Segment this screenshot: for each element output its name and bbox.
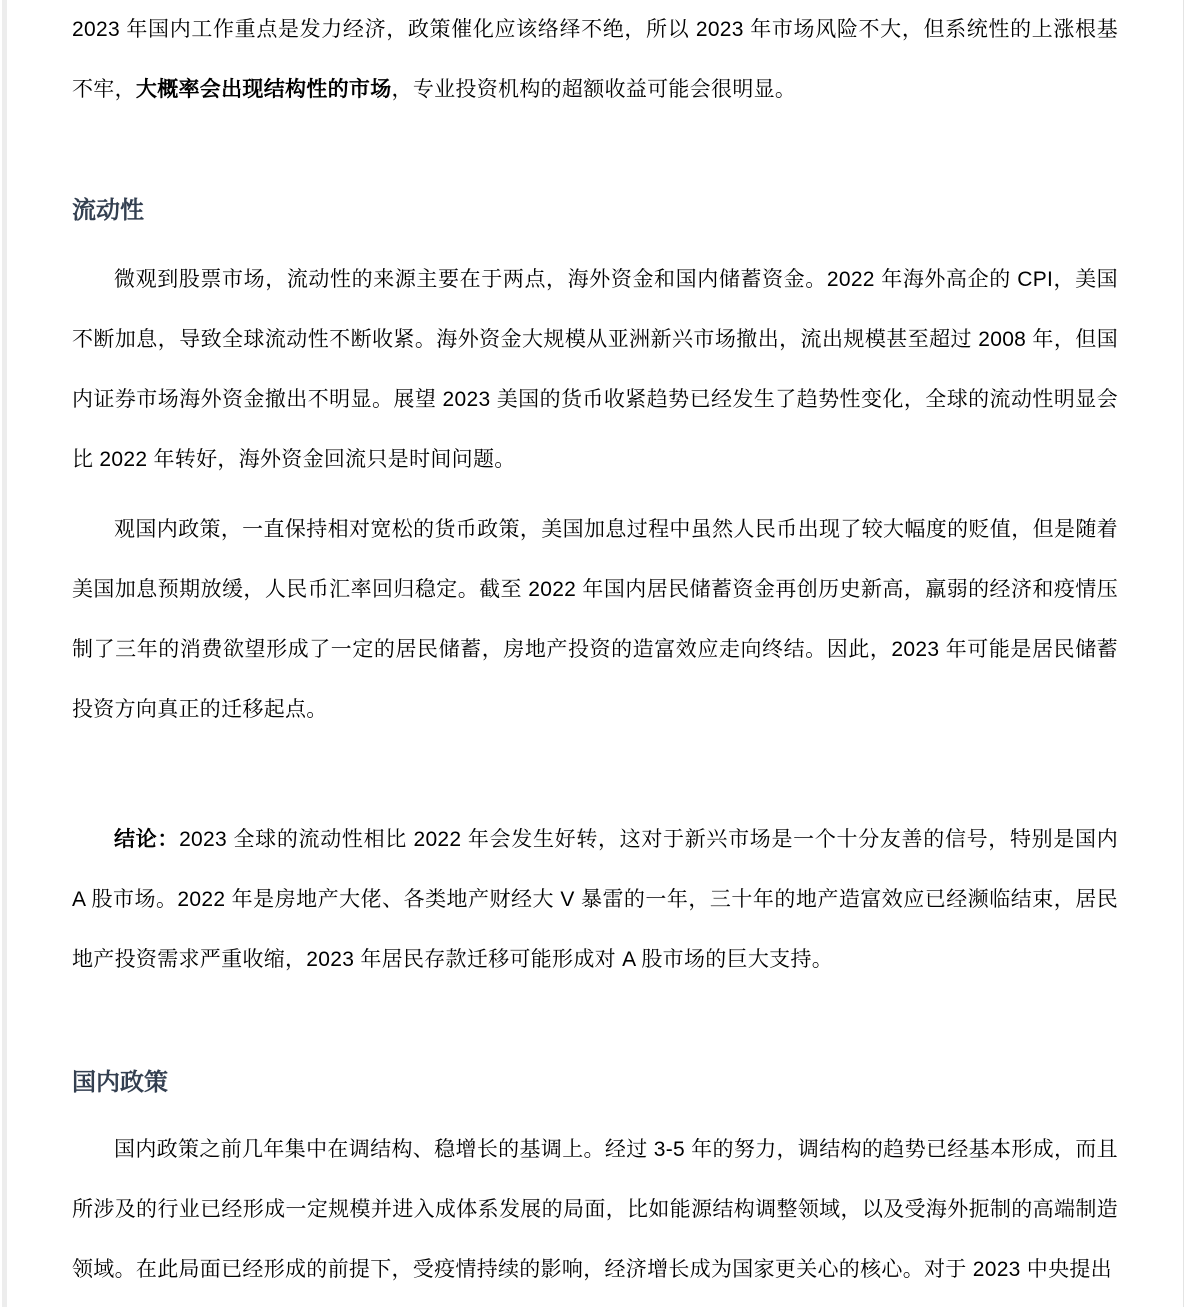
- conclusion-text: 2023 全球的流动性相比 2022 年会发生好转，这对于新兴市场是一个十分友善…: [72, 828, 1118, 971]
- section-heading-liquidity: 流动性: [72, 191, 1118, 231]
- document-page: 2023 年国内工作重点是发力经济，政策催化应该络绎不绝，所以 2023 年市场…: [72, 0, 1118, 1300]
- liquidity-paragraph-2: 观国内政策，一直保持相对宽松的货币政策，美国加息过程中虽然人民币出现了较大幅度的…: [72, 500, 1118, 740]
- liquidity-conclusion-paragraph: 结论：2023 全球的流动性相比 2022 年会发生好转，这对于新兴市场是一个十…: [72, 810, 1118, 990]
- intro-paragraph: 2023 年国内工作重点是发力经济，政策催化应该络绎不绝，所以 2023 年市场…: [72, 0, 1118, 120]
- page-edge-left: [2, 0, 7, 1307]
- liquidity-paragraph-1: 微观到股票市场，流动性的来源主要在于两点，海外资金和国内储蓄资金。2022 年海…: [72, 250, 1118, 490]
- intro-text-post: ，专业投资机构的超额收益可能会很明显。: [392, 78, 797, 101]
- intro-text-bold: 大概率会出现结构性的市场: [136, 78, 392, 101]
- conclusion-label: 结论：: [114, 828, 179, 851]
- page-edge-right: [1183, 0, 1184, 1307]
- policy-paragraph-1: 国内政策之前几年集中在调结构、稳增长的基调上。经过 3-5 年的努力，调结构的趋…: [72, 1120, 1118, 1300]
- section-heading-domestic-policy: 国内政策: [72, 1063, 1118, 1103]
